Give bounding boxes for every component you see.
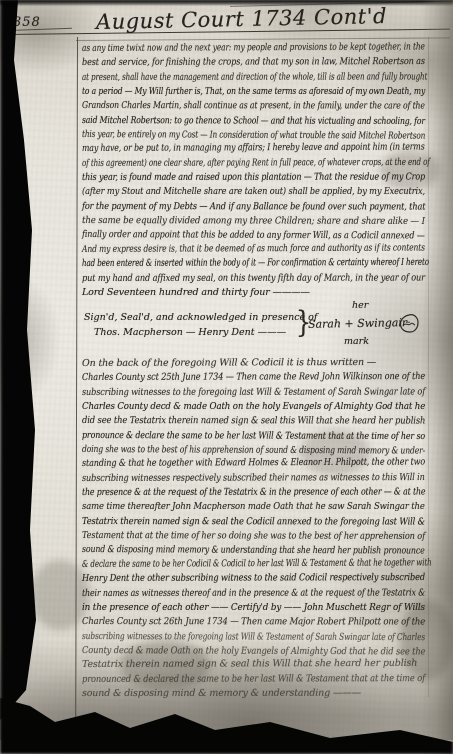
manuscript-line: Lord Seventeen hundred and thirty four —…: [82, 286, 310, 300]
manuscript-line: Testament that at the time of her so doi…: [82, 529, 425, 544]
manuscript-line: (after my Stout and Mitchelle share are …: [82, 185, 425, 199]
manuscript-line: Henry Dent the other subscribing witness…: [82, 571, 425, 586]
manuscript-line: in the presence of each other —— Certify…: [82, 601, 425, 615]
manuscript-line: for the payment of my Debts — And if any…: [82, 200, 425, 215]
manuscript-line: put my hand and affixed my seal, on this…: [82, 271, 425, 286]
will-body-text: as any time twixt now and the next year:…: [82, 42, 425, 300]
manuscript-line: at present, shall have the management an…: [82, 70, 427, 85]
manuscript-line: this year, is found made and raised upon…: [82, 171, 425, 186]
manuscript-line: Grandson Charles Martin, shall continue …: [82, 99, 425, 114]
seal-icon: [396, 312, 422, 338]
attestation-line-1: Sign'd, Seal'd, and acknowledged in pres…: [84, 312, 317, 323]
top-dark-edge: [0, 0, 453, 6]
manuscript-line: of this agreement) one clear share, afte…: [82, 156, 430, 171]
manuscript-line: & declare the same to be her Codicil & C…: [82, 556, 432, 572]
signature-mark: mark: [344, 336, 369, 347]
manuscript-line: Charles County sct 25th June 1734 — Then…: [82, 370, 425, 385]
manuscript-line: Charles County decd & made Oath on the h…: [82, 400, 425, 414]
manuscript-line: sound & disposing mind & memory & unders…: [82, 687, 361, 702]
manuscript-line: Testatrix therein named sign & seal this…: [82, 657, 417, 673]
manuscript-line: pronounced & declared the same to be her…: [82, 672, 425, 687]
manuscript-line: may have, or be put to, in managing my a…: [82, 141, 425, 157]
manuscript-line: as any time twixt now and the next year:…: [82, 40, 425, 56]
signature-her: her: [352, 300, 368, 311]
right-margin-rule: [428, 37, 429, 697]
manuscript-line: And my express desire is, that it be dee…: [82, 241, 425, 257]
probate-text: On the back of the foregoing Will & Codi…: [82, 357, 425, 701]
manuscript-line: subscribing witnesses to the foregoing l…: [82, 630, 425, 645]
manuscript-line: pronounce & declare the same to be her l…: [82, 429, 425, 444]
manuscript-line: had been entered & inserted within the b…: [82, 256, 429, 271]
manuscript-line: best and service, for finishing the crop…: [82, 55, 425, 70]
manuscript-line: the same be equally divided among my thr…: [82, 214, 425, 229]
manuscript-line: did see the Testatrix therein named sign…: [82, 414, 425, 429]
manuscript-page-photo: 358 August Court 1734 Cont'd as any time…: [0, 0, 453, 754]
manuscript-line: the presence & at the request of the Tes…: [82, 486, 425, 501]
attestation-line-2: Thos. Macpherson — Henry Dent ———: [94, 327, 286, 338]
manuscript-line: their names as witnesses thereof and in …: [82, 586, 425, 601]
manuscript-line: Charles County sct 26th June 1734 — Then…: [82, 615, 425, 630]
manuscript-line: standing & that he together with Edward …: [82, 456, 425, 472]
manuscript-line: to a period — My Will further is, That, …: [82, 85, 425, 99]
manuscript-line: subscribing witnesses respectively subsc…: [82, 471, 425, 486]
manuscript-line: On the back of the foregoing Will & Codi…: [82, 356, 376, 371]
page-number: 358: [13, 15, 41, 30]
signature-name: Sarah + Swingair: [308, 316, 407, 331]
manuscript-line: Testatrix therein named sign & seal the …: [82, 515, 425, 530]
manuscript-line: said Mitchel Robertson: to go thence to …: [82, 114, 425, 129]
manuscript-line: same time thereafter John Macpherson mad…: [82, 500, 425, 514]
manuscript-line: subscribing witnesses to the foregoing l…: [82, 385, 425, 400]
